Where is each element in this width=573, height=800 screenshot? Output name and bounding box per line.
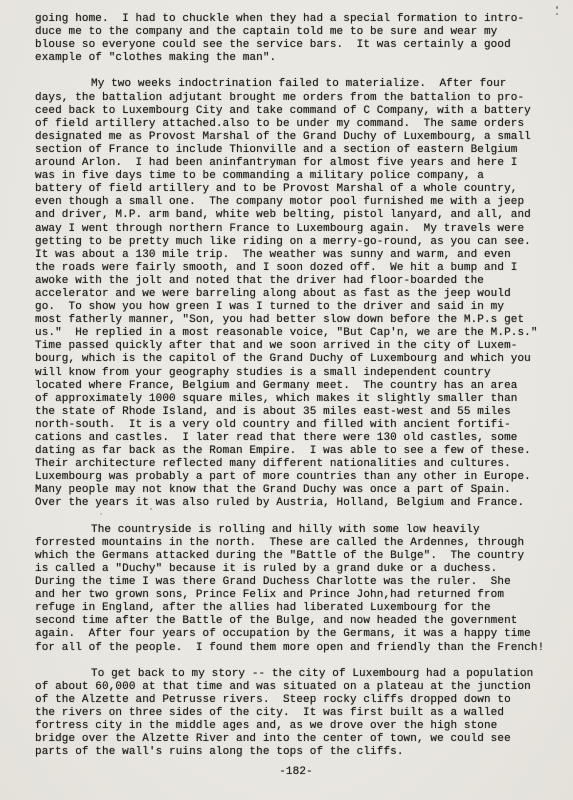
paragraph-city-of-luxembourg: To get back to my story -- the city of L… xyxy=(35,668,557,760)
document-page: going home. I had to chuckle when they h… xyxy=(0,0,573,800)
paragraph-continuation: going home. I had to chuckle when they h… xyxy=(35,13,557,65)
paper-speck xyxy=(556,6,558,9)
paragraph-indoctrination: My two weeks indoctrination failed to ma… xyxy=(35,78,557,510)
paragraph-countryside: The countryside is rolling and hilly wit… xyxy=(35,524,557,655)
page-number: -182- xyxy=(35,766,557,779)
paper-speck xyxy=(100,513,102,515)
